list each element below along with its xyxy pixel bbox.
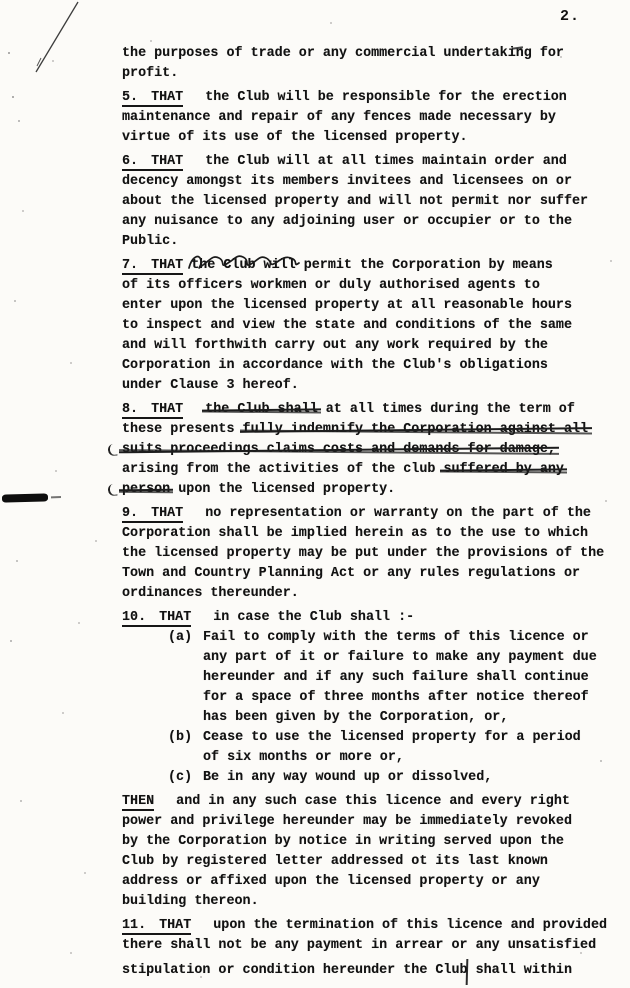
- text-line: Corporation in accordance with the Club'…: [122, 356, 612, 376]
- subclause-body: Cease to use the licensed property for a…: [203, 728, 612, 768]
- clause-keyword: THAT: [159, 918, 191, 933]
- text-segment: and in any such case this licence and ev…: [176, 794, 570, 809]
- document-body: the purposes of trade or any commercial …: [122, 44, 612, 985]
- text-segment: arising from the activities of the club: [122, 462, 443, 477]
- clause-keyword: THAT: [151, 154, 183, 169]
- text-line: stipulation or condition hereunder the C…: [122, 961, 612, 981]
- keyword-underlined: THEN: [122, 794, 154, 811]
- clause-8: 8.THATthe Club shall at all times during…: [122, 400, 612, 500]
- clause-number: 6.: [122, 154, 138, 169]
- text-line: building thereon.: [122, 892, 612, 912]
- clause-keyword: THAT: [159, 610, 191, 625]
- text-segment: the Club will be responsible for the ere…: [205, 90, 567, 105]
- text-line: ordinances thereunder.: [122, 584, 612, 604]
- text-line: of six months or more or,: [203, 748, 612, 768]
- text-line: decency amongst its members invitees and…: [122, 172, 612, 192]
- diagonal-pen-stroke-icon: [28, 0, 88, 78]
- text-segment: in case the Club shall :-: [213, 610, 414, 625]
- scanned-document-page: 2. the purposes of trade or any commerci…: [0, 0, 630, 988]
- text-line: enter upon the licensed property at all …: [122, 296, 612, 316]
- subclause-label: (b): [168, 728, 203, 768]
- text-line: Corporation shall be implied herein as t…: [122, 524, 612, 544]
- text-line: Fail to comply with the terms of this li…: [203, 628, 612, 648]
- text-line: 11.THATupon the termination of this lice…: [122, 916, 612, 936]
- text-line: of its officers workmen or duly authoris…: [122, 276, 612, 296]
- text-line: for a space of three months after notice…: [203, 688, 612, 708]
- struck-text: the Club shall: [205, 402, 318, 417]
- clause-number-underlined: 8.THAT: [122, 402, 183, 419]
- paragraph-intro-continuation: the purposes of trade or any commercial …: [122, 44, 612, 84]
- text-line: about the licensed property and will not…: [122, 192, 612, 212]
- text-line: these presents fully indemnify the Corpo…: [122, 420, 612, 440]
- clause-6: 6.THATthe Club will at all times maintai…: [122, 152, 612, 252]
- subclause-body: Be in any way wound up or dissolved,: [203, 768, 612, 788]
- clause-keyword: THEN: [122, 794, 154, 809]
- clause-10: 10.THATin case the Club shall :- (a) Fai…: [122, 608, 612, 788]
- clause-number-underlined: 6.THAT: [122, 154, 183, 171]
- scribbled-phrase: the Club will: [191, 256, 295, 276]
- text-segment: no representation or warranty on the par…: [205, 506, 591, 521]
- text-line: Cease to use the licensed property for a…: [203, 728, 612, 748]
- clause-number-underlined: 5.THAT: [122, 90, 183, 107]
- text-line: there shall not be any payment in arrear…: [122, 936, 612, 956]
- subclause-label: (a): [168, 628, 203, 728]
- text-line: virtue of its use of the licensed proper…: [122, 128, 612, 148]
- clause-11: 11.THATupon the termination of this lice…: [122, 916, 612, 981]
- text-line: 7.THATthe Club will permit the Corporati…: [122, 256, 612, 276]
- clause-keyword: THAT: [151, 90, 183, 105]
- subclause-a: (a) Fail to comply with the terms of thi…: [122, 628, 612, 728]
- clause-number: 8.: [122, 402, 138, 417]
- text-line: the licensed property may be put under t…: [122, 544, 612, 564]
- text-segment: upon the licensed property.: [170, 482, 395, 497]
- scan-noise-speckle: [0, 0, 2, 2]
- text-segment: the Club will: [191, 258, 295, 273]
- text-line: 5.THATthe Club will be responsible for t…: [122, 88, 612, 108]
- text-segment: at all times during the term of: [318, 402, 575, 417]
- struck-text: fully indemnify the Corporation against …: [243, 422, 589, 437]
- text-line: Public.: [122, 232, 612, 252]
- text-line: 6.THATthe Club will at all times maintai…: [122, 152, 612, 172]
- clause-number-underlined: 7.THAT: [122, 258, 183, 275]
- margin-ink-smudge: [2, 493, 48, 502]
- subclause-b: (b) Cease to use the licensed property f…: [122, 728, 612, 768]
- clause-number: 10.: [122, 610, 146, 625]
- subclause-c: (c) Be in any way wound up or dissolved,: [122, 768, 612, 788]
- text-line: and will forthwith carry out any work re…: [122, 336, 612, 356]
- clause-number-underlined: 10.THAT: [122, 610, 191, 627]
- text-segment: permit the Corporation by means: [296, 258, 553, 273]
- text-line: THENand in any such case this licence an…: [122, 792, 612, 812]
- clause-9: 9.THATno representation or warranty on t…: [122, 504, 612, 604]
- clause-7: 7.THATthe Club will permit the Corporati…: [122, 256, 612, 396]
- text-line: maintenance and repair of any fences mad…: [122, 108, 612, 128]
- text-line: any part of it or failure to make any pa…: [203, 648, 612, 668]
- clause-number-underlined: 11.THAT: [122, 918, 191, 935]
- clause-keyword: THAT: [151, 402, 183, 417]
- subclause-body: Fail to comply with the terms of this li…: [203, 628, 612, 728]
- paragraph-then: THENand in any such case this licence an…: [122, 792, 612, 912]
- text-line: has been given by the Corporation, or,: [203, 708, 612, 728]
- text-line: 10.THATin case the Club shall :-: [122, 608, 612, 628]
- text-line: hereunder and if any such failure shall …: [203, 668, 612, 688]
- clause-number-underlined: 9.THAT: [122, 506, 183, 523]
- text-segment: the Club will at all times maintain orde…: [205, 154, 567, 169]
- text-line: the purposes of trade or any commercial …: [122, 44, 612, 64]
- clause-number: 5.: [122, 90, 138, 105]
- text-line: address or affixed upon the licensed pro…: [122, 872, 612, 892]
- text-line: profit.: [122, 64, 612, 84]
- text-line: power and privilege hereunder may be imm…: [122, 812, 612, 832]
- clause-keyword: THAT: [151, 258, 183, 273]
- text-line: 8.THATthe Club shall at all times during…: [122, 400, 612, 420]
- clause-number: 7.: [122, 258, 138, 273]
- text-line: under Clause 3 hereof.: [122, 376, 612, 396]
- clause-number: 9.: [122, 506, 138, 521]
- struck-text: person: [122, 482, 170, 497]
- pen-tick-icon: [107, 443, 118, 456]
- text-line: Be in any way wound up or dissolved,: [203, 768, 612, 788]
- text-segment: upon the termination of this licence and…: [213, 918, 607, 933]
- clause-5: 5.THATthe Club will be responsible for t…: [122, 88, 612, 148]
- page-number: 2.: [560, 8, 580, 25]
- text-line: person upon the licensed property.: [122, 480, 612, 500]
- text-line: Town and Country Planning Act or any rul…: [122, 564, 612, 584]
- subclause-label: (c): [168, 768, 203, 788]
- text-segment: these presents: [122, 422, 243, 437]
- text-line: 9.THATno representation or warranty on t…: [122, 504, 612, 524]
- clause-keyword: THAT: [151, 506, 183, 521]
- pen-tick-icon: [107, 483, 118, 496]
- text-line: arising from the activities of the club …: [122, 460, 612, 480]
- struck-text: suffered by any: [443, 462, 564, 477]
- text-line: to inspect and view the state and condit…: [122, 316, 612, 336]
- text-line: any nuisance to any adjoining user or oc…: [122, 212, 612, 232]
- text-line: by the Corporation by notice in writing …: [122, 832, 612, 852]
- text-line: suits proceedings claims costs and deman…: [122, 440, 612, 460]
- struck-text: suits proceedings claims costs and deman…: [122, 442, 556, 457]
- text-line: Club by registered letter addressed ot i…: [122, 852, 612, 872]
- clause-number: 11.: [122, 918, 146, 933]
